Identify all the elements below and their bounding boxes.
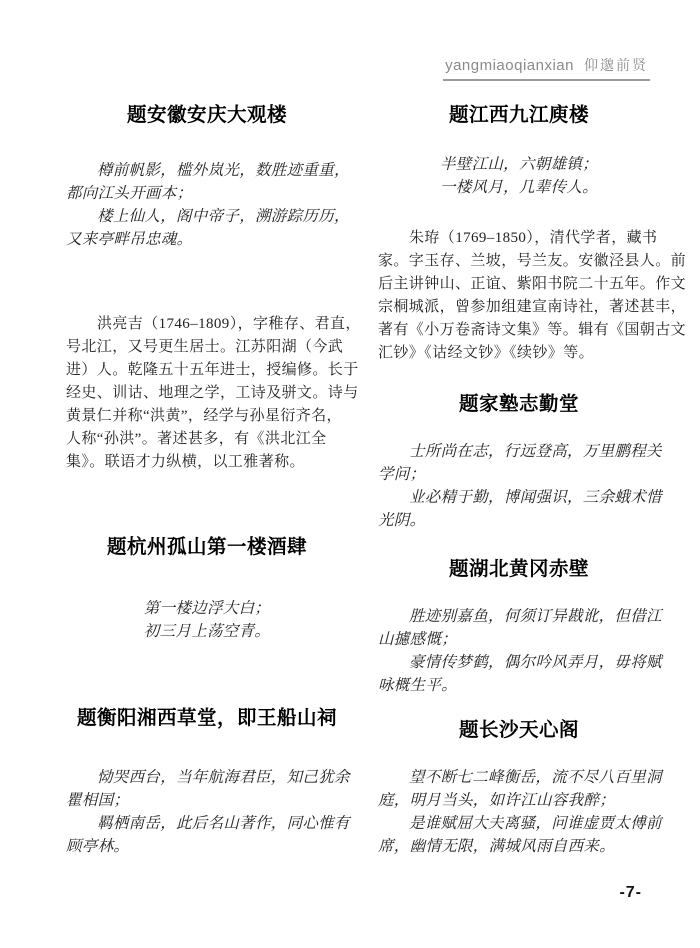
bio-line: 家。字玉存、兰坡，号兰友。安徽泾县人。前 bbox=[378, 250, 660, 273]
poem-line: 豪情传梦鹤，偶尔吟风弄月，毋将赋 bbox=[378, 651, 660, 674]
page-number: -7- bbox=[619, 884, 642, 902]
bio-line: 人称“孙洪”。著述甚多，有《洪北江全 bbox=[66, 428, 348, 451]
bio-line: 经史、训诂、地理之学，工诗及骈文。诗与 bbox=[66, 382, 348, 405]
poem-line: 一楼风月，几辈传人。 bbox=[378, 176, 660, 199]
poem-line: 又来亭畔吊忠魂。 bbox=[66, 228, 348, 251]
couplet-changsha-tianxinge: 望不断七二峰衡岳，流不尽八百里洞 庭，明月当头，如许江山容我醉； 是谁赋屈大夫离… bbox=[378, 766, 660, 858]
poem-line: 咏概生平。 bbox=[378, 674, 660, 697]
right-column: 题江西九江庾楼 半壁江山，六朝雄镇； 一楼风月，几辈传人。 朱珔（1769–18… bbox=[378, 0, 660, 858]
poem-line: 顾亭林。 bbox=[66, 835, 348, 858]
couplet-jiashu-zhiqintang: 士所尚在志，行远登高，万里鹏程关 学问； 业必精于勤，博闻强识，三余蛾术惜 光阴… bbox=[378, 440, 660, 532]
bio-zhu-jian: 朱珔（1769–1850），清代学者，藏书 家。字玉存、兰坡，号兰友。安徽泾县人… bbox=[378, 227, 660, 365]
bio-hong-liangji: 洪亮吉（1746–1809），字稚存、君直， 号北江，又号更生居士。江苏阳湖（今… bbox=[66, 313, 348, 474]
poem-line: 席，幽情无限，满城风雨自西来。 bbox=[378, 835, 660, 858]
poem-line: 学问； bbox=[378, 463, 660, 486]
couplet-xiangxi-caotang: 恸哭西台，当年航海君臣，知己犹余 瞿相国； 羁栖南岳，此后名山著作，同心惟有 顾… bbox=[66, 766, 348, 858]
poem-line: 羁栖南岳，此后名山著作，同心惟有 bbox=[66, 812, 348, 835]
bio-line: 著有《小万卷斋诗文集》等。辑有《国朝古文 bbox=[378, 319, 660, 342]
poem-line: 半壁江山，六朝雄镇； bbox=[378, 153, 660, 176]
poem-line: 第一楼边浮大白； bbox=[66, 597, 348, 620]
poem-line: 樽前帆影，槛外岚光，数胜迹重重， bbox=[66, 159, 348, 182]
poem-line: 是谁赋屈大夫离骚，问谁虚贾太傅前 bbox=[378, 812, 660, 835]
left-column: 题安徽安庆大观楼 樽前帆影，槛外岚光，数胜迹重重， 都向江头开画本； 楼上仙人，… bbox=[66, 0, 348, 858]
book-page: yangmiaoqianxian仰邈前贤 题安徽安庆大观楼 樽前帆影，槛外岚光，… bbox=[0, 0, 700, 948]
couplet-huanggang-chibi: 胜迹别嘉鱼，何须订异戡讹，但借江 山攄感慨； 豪情传梦鹤，偶尔吟风弄月，毋将赋 … bbox=[378, 605, 660, 697]
section-title-changsha-tianxinge: 题长沙天心阁 bbox=[378, 717, 660, 744]
bio-line: 黄景仁并称“洪黄”，经学与孙星衍齐名， bbox=[66, 405, 348, 428]
poem-line: 山攄感慨； bbox=[378, 628, 660, 651]
poem-line: 光阴。 bbox=[378, 509, 660, 532]
poem-line: 初三月上荡空青。 bbox=[66, 620, 348, 643]
bio-line: 集》。联语才力纵横，以工雅著称。 bbox=[66, 451, 348, 474]
couplet-gushan-diyilou: 第一楼边浮大白； 初三月上荡空青。 bbox=[66, 597, 348, 643]
poem-line: 庭，明月当头，如许江山容我醉； bbox=[378, 789, 660, 812]
couplet-jiujiang-yulou: 半壁江山，六朝雄镇； 一楼风月，几辈传人。 bbox=[378, 153, 660, 199]
couplet-anqing-daguanlou: 樽前帆影，槛外岚光，数胜迹重重， 都向江头开画本； 楼上仙人，阁中帝子，溯游踪历… bbox=[66, 159, 348, 251]
poem-line: 胜迹别嘉鱼，何须订异戡讹，但借江 bbox=[378, 605, 660, 628]
section-title-jiashu-zhiqintang: 题家塾志勤堂 bbox=[378, 391, 660, 418]
section-title-xiangxi-caotang: 题衡阳湘西草堂，即王船山祠 bbox=[66, 705, 348, 732]
bio-line: 号北江，又号更生居士。江苏阳湖（今武 bbox=[66, 336, 348, 359]
poem-line: 士所尚在志，行远登高，万里鹏程关 bbox=[378, 440, 660, 463]
bio-line: 朱珔（1769–1850），清代学者，藏书 bbox=[378, 227, 660, 250]
bio-line: 进）人。乾隆五十五年进士，授编修。长于 bbox=[66, 359, 348, 382]
bio-line: 汇钞》《诂经文钞》《续钞》等。 bbox=[378, 342, 660, 365]
poem-line: 都向江头开画本； bbox=[66, 182, 348, 205]
bio-line: 宗桐城派，曾参加组建宣南诗社，著述甚丰， bbox=[378, 296, 660, 319]
bio-line: 后主讲钟山、正谊、紫阳书院二十五年。作文 bbox=[378, 273, 660, 296]
poem-line: 恸哭西台，当年航海君臣，知己犹余 bbox=[66, 766, 348, 789]
bio-line: 洪亮吉（1746–1809），字稚存、君直， bbox=[66, 313, 348, 336]
section-title-anqing-daguanlou: 题安徽安庆大观楼 bbox=[66, 102, 348, 129]
poem-line: 瞿相国； bbox=[66, 789, 348, 812]
section-title-gushan-diyilou: 题杭州孤山第一楼酒肆 bbox=[66, 534, 348, 561]
poem-line: 业必精于勤，博闻强识，三余蛾术惜 bbox=[378, 486, 660, 509]
section-title-huanggang-chibi: 题湖北黄冈赤壁 bbox=[378, 556, 660, 583]
poem-line: 楼上仙人，阁中帝子，溯游踪历历， bbox=[66, 205, 348, 228]
section-title-jiujiang-yulou: 题江西九江庾楼 bbox=[378, 102, 660, 129]
poem-line: 望不断七二峰衡岳，流不尽八百里洞 bbox=[378, 766, 660, 789]
